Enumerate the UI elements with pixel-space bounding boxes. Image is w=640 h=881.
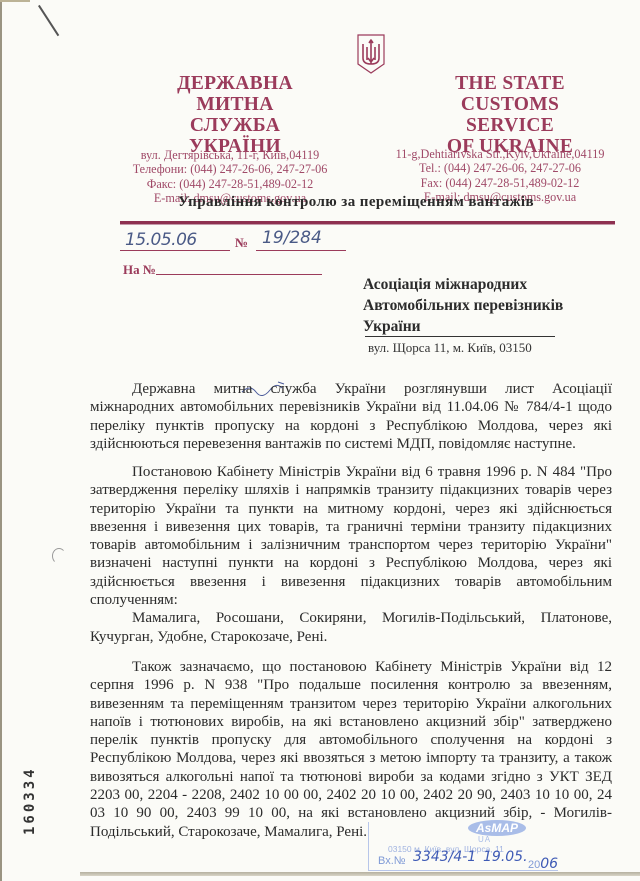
date-underline — [120, 250, 230, 251]
paragraph-1: Державна митна служба України розглянувш… — [90, 380, 612, 453]
org-name-english: THE STATE CUSTOMS SERVICE OF UKRAINE — [420, 73, 600, 157]
recipient-line: України — [363, 316, 563, 337]
paragraph-2: Постановою Кабінету Міністрів України ві… — [90, 463, 612, 646]
stamp-date: 19.05. — [483, 849, 528, 865]
recipient-divider — [365, 336, 555, 337]
page-bottom-edge — [80, 872, 640, 876]
recipient-line: Асоціація міжнародних — [363, 274, 563, 295]
checkpoint-list: Мамалига, Росошани, Сокиряни, Могилів-По… — [90, 609, 612, 646]
asmap-logo-icon: AsMAP — [468, 820, 526, 836]
outgoing-number: 19/284 — [262, 228, 322, 248]
paragraph-3: Також зазначаємо, що постановою Кабінету… — [90, 658, 612, 841]
org-en-line: CUSTOMS SERVICE — [420, 94, 600, 136]
department-title: Управління контролю за переміщенням вант… — [178, 194, 534, 211]
serial-number: 160334 — [22, 766, 38, 835]
contact-fax: Факс: (044) 247-28-51,489-02-12 — [120, 177, 340, 191]
stamp-in-label: Вх.№ — [378, 855, 406, 867]
page-edge — [0, 0, 2, 881]
punch-hole-mark — [52, 548, 66, 564]
stamp-baseline — [368, 870, 558, 871]
page-edge-top — [0, 0, 30, 2]
contact-address: 11-g,Dehtiarivska Str.,Kyiv,Ukraine,0411… — [375, 147, 625, 161]
staple-mark — [38, 5, 59, 36]
stamp-subtitle: UA — [478, 835, 491, 844]
reply-to-underline — [156, 274, 322, 275]
contact-phone: Tel.: (044) 247-26-06, 247-27-06 — [375, 161, 625, 175]
contact-address: вул. Дегтярівська, 11-г, Київ,04119 — [120, 148, 340, 162]
recipient-block: Асоціація міжнародних Автомобільних пере… — [363, 274, 563, 337]
org-name-ukrainian: ДЕРЖАВНА МИТНА СЛУЖБА УКРАЇНИ — [150, 73, 320, 157]
letter-page: ДЕРЖАВНА МИТНА СЛУЖБА УКРАЇНИ THE STATE … — [0, 0, 640, 881]
paragraph-text: Державна митна служба України розглянувш… — [90, 380, 612, 453]
contact-phone: Телефони: (044) 247-26-06, 247-27-06 — [120, 162, 340, 176]
reply-to-label: На № — [123, 262, 156, 278]
org-ua-line: ДЕРЖАВНА — [150, 73, 320, 94]
paragraph-text: Також зазначаємо, що постановою Кабінету… — [90, 658, 612, 841]
paragraph-text: Постановою Кабінету Міністрів України ві… — [90, 463, 612, 609]
org-ua-line: МИТНА СЛУЖБА — [150, 94, 320, 136]
stamp-border — [368, 822, 369, 870]
number-label: № — [235, 235, 248, 251]
letterhead-divider — [120, 221, 615, 224]
outgoing-date: 15.05.06 — [125, 230, 197, 250]
org-en-line: THE STATE — [420, 73, 600, 94]
recipient-line: Автомобільних перевізників — [363, 295, 563, 316]
incoming-stamp: AsMAP UA 03150 м. Київ, вул. Щорса, 11 В… — [368, 820, 588, 872]
recipient-address: вул. Щорса 11, м. Київ, 03150 — [368, 340, 532, 356]
trident-coat-of-arms-icon — [357, 34, 385, 74]
contact-fax: Fax: (044) 247-28-51,489-02-12 — [375, 176, 625, 190]
number-underline — [256, 250, 346, 251]
stamp-in-number: 3343/4-1 — [413, 849, 476, 865]
